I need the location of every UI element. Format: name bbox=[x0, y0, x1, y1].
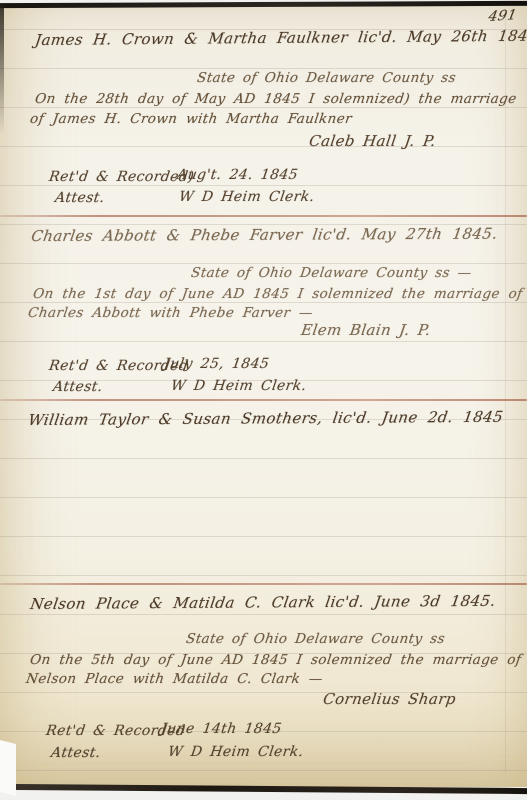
attest-label: Attest. bbox=[54, 190, 106, 206]
state-county-line: State of Ohio Delaware County ss — bbox=[190, 265, 473, 281]
solemnization-line-2: Nelson Place with Matilda C. Clark — bbox=[25, 671, 324, 687]
entry-divider bbox=[0, 399, 527, 401]
scan-corner-wedge bbox=[0, 740, 16, 796]
state-county-line: State of Ohio Delaware County ss bbox=[196, 70, 457, 86]
entry-divider bbox=[0, 583, 527, 585]
solemnization-line-2: Charles Abbott with Phebe Farver — bbox=[27, 305, 314, 321]
entry-heading: Charles Abbott & Phebe Farver lic'd. May… bbox=[30, 225, 499, 245]
page-number: 491 bbox=[487, 7, 518, 25]
ledger-page-scan: 491 James H. Crown & Martha Faulkner lic… bbox=[0, 0, 527, 800]
solemnization-line-1: On the 28th day of May AD 1845 I solemni… bbox=[34, 91, 518, 107]
clerk-signature: W D Heim Clerk. bbox=[167, 744, 305, 760]
officiant-signature: Caleb Hall J. P. bbox=[308, 132, 437, 150]
recorded-label: Ret'd & Recorded) bbox=[48, 169, 195, 185]
solemnization-line-1: On the 1st day of June AD 1845 I solemni… bbox=[32, 286, 524, 302]
clerk-signature: W D Heim Clerk. bbox=[178, 189, 316, 205]
entry-heading: William Taylor & Susan Smothers, lic'd. … bbox=[27, 408, 504, 429]
clerk-signature: W D Heim Clerk. bbox=[170, 378, 308, 394]
recorded-date: June 14th 1845 bbox=[160, 721, 283, 737]
recorded-date: Aug't. 24. 1845 bbox=[176, 167, 299, 183]
attest-label: Attest. bbox=[52, 379, 104, 395]
entry-divider bbox=[0, 215, 527, 217]
officiant-signature: Elem Blain J. P. bbox=[300, 321, 432, 339]
entry-heading: Nelson Place & Matilda C. Clark lic'd. J… bbox=[29, 592, 497, 613]
recorded-date: July 25, 1845 bbox=[163, 356, 270, 372]
solemnization-line-1: On the 5th day of June AD 1845 I solemni… bbox=[29, 652, 522, 668]
scan-left-edge bbox=[0, 4, 4, 134]
officiant-signature: Cornelius Sharp bbox=[322, 690, 457, 708]
state-county-line: State of Ohio Delaware County ss bbox=[185, 631, 446, 647]
attest-label: Attest. bbox=[50, 745, 102, 761]
solemnization-line-2: of James H. Crown with Martha Faulkner bbox=[29, 111, 353, 127]
